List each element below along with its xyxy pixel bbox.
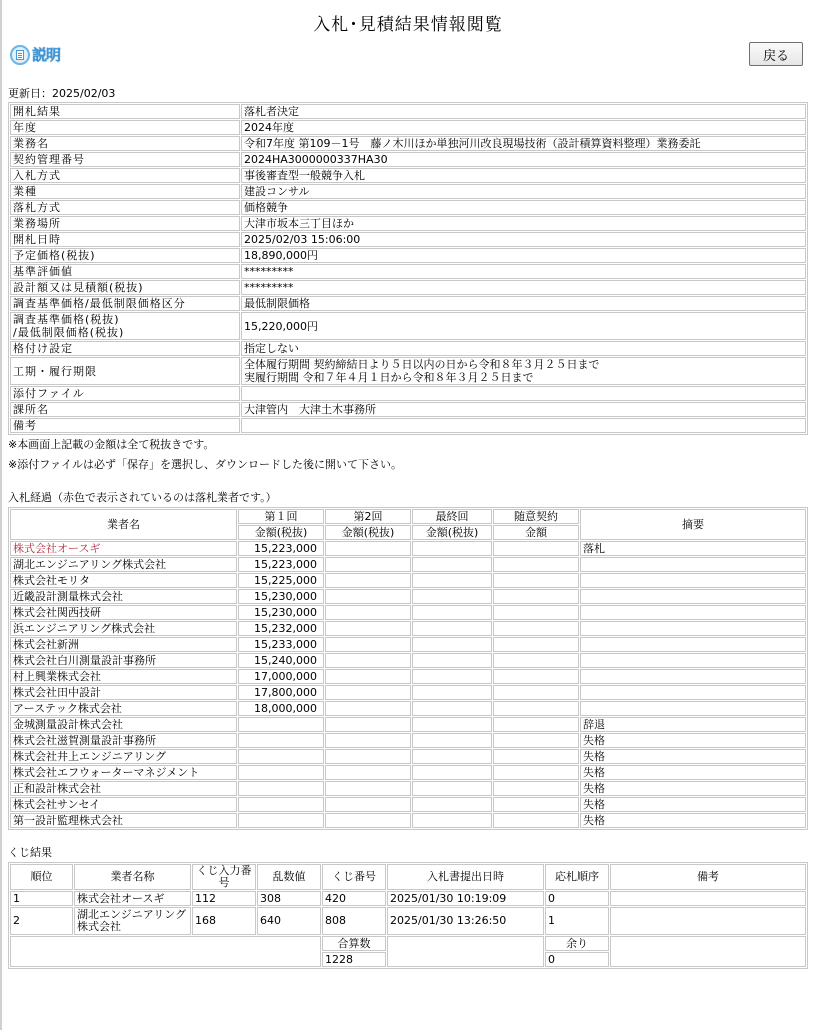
- bid-final: [412, 621, 492, 636]
- bid-final: [412, 701, 492, 716]
- bid-final: [412, 765, 492, 780]
- bid-round2: [325, 573, 411, 588]
- bid-final: [412, 781, 492, 796]
- bid-negotiated: [493, 765, 579, 780]
- bid-negotiated: [493, 573, 579, 588]
- lottery-row: 1株式会社オースギ1123084202025/01/30 10:19:090: [10, 891, 806, 906]
- bid-row: 株式会社エフウォーターマネジメント失格: [10, 765, 806, 780]
- bid-remarks: [580, 685, 806, 700]
- bid-row: 湖北エンジニアリング株式会社15,223,000: [10, 557, 806, 572]
- bid-round1: 15,232,000: [238, 621, 324, 636]
- info-row: 課所名大津管内 大津土木事務所: [10, 402, 806, 417]
- info-row: 業務名令和7年度 第109－1号 藤ノ木川ほか単独河川改良現場技術（設計積算資料…: [10, 136, 806, 151]
- lottery-company: 湖北エンジニアリング株式会社: [74, 907, 191, 935]
- bid-round2: [325, 733, 411, 748]
- bid-round2: [325, 621, 411, 636]
- info-value: 2024年度: [241, 120, 806, 135]
- header-round2-amount: 金額(税抜): [325, 525, 411, 540]
- header-input-no: くじ入力番号: [192, 864, 256, 890]
- bid-row: 浜エンジニアリング株式会社15,232,000: [10, 621, 806, 636]
- bid-round2: [325, 701, 411, 716]
- page: 入札･見積結果情報閲覧 説明 戻る 更新日：2025/02/03 開札結果落札者…: [8, 0, 808, 969]
- info-row: 調査基準価格(税抜) /最低制限価格(税抜)15,220,000円: [10, 312, 806, 340]
- info-row: 工期・履行期限全体履行期間 契約締結日より５日以内の日から令和８年３月２５日まで…: [10, 357, 806, 385]
- bid-remarks: 失格: [580, 813, 806, 828]
- lottery-random: 640: [257, 907, 321, 935]
- remainder-value: 0: [545, 952, 609, 967]
- header-round1-amount: 金額(税抜): [238, 525, 324, 540]
- bid-remarks: 辞退: [580, 717, 806, 732]
- page-title: 入札･見積結果情報閲覧: [8, 0, 808, 36]
- info-value: 2024HA3000000337HA30: [241, 152, 806, 167]
- bid-round1: 15,225,000: [238, 573, 324, 588]
- bid-company: 株式会社モリタ: [10, 573, 237, 588]
- lottery-random: 308: [257, 891, 321, 906]
- bid-round2: [325, 717, 411, 732]
- bid-row: 村上興業株式会社17,000,000: [10, 669, 806, 684]
- info-value: 2025/02/03 15:06:00: [241, 232, 806, 247]
- bid-round2: [325, 557, 411, 572]
- bid-company: 正和設計株式会社: [10, 781, 237, 796]
- bid-remarks: [580, 637, 806, 652]
- header-company-name: 業者名称: [74, 864, 191, 890]
- bid-round1: [238, 813, 324, 828]
- bid-remarks: 失格: [580, 797, 806, 812]
- bid-row: 株式会社新洲15,233,000: [10, 637, 806, 652]
- lottery-order: 0: [545, 891, 609, 906]
- bid-negotiated: [493, 749, 579, 764]
- bid-row: 株式会社モリタ15,225,000: [10, 573, 806, 588]
- bid-remarks: [580, 557, 806, 572]
- info-row: 調査基準価格/最低制限価格区分最低制限価格: [10, 296, 806, 311]
- total-label: 合算数: [322, 936, 386, 951]
- info-value: [241, 386, 806, 401]
- bid-negotiated: [493, 605, 579, 620]
- info-label: 落札方式: [10, 200, 240, 215]
- bid-negotiated: [493, 797, 579, 812]
- lottery-input-no: 168: [192, 907, 256, 935]
- bid-negotiated: [493, 717, 579, 732]
- header-order: 応札順序: [545, 864, 609, 890]
- bid-company: 金城測量設計株式会社: [10, 717, 237, 732]
- bid-company: 株式会社滋賀測量設計事務所: [10, 733, 237, 748]
- bid-round2: [325, 605, 411, 620]
- bid-round2: [325, 669, 411, 684]
- bid-row: 株式会社関西技研15,230,000: [10, 605, 806, 620]
- info-label: 調査基準価格(税抜) /最低制限価格(税抜): [10, 312, 240, 340]
- info-label: 添付ファイル: [10, 386, 240, 401]
- bid-round1: 15,223,000: [238, 557, 324, 572]
- bids-table: 業者名 第１回 第2回 最終回 随意契約 摘要 金額(税抜) 金額(税抜) 金額…: [8, 507, 808, 830]
- info-value: 指定しない: [241, 341, 806, 356]
- info-value: 15,220,000円: [241, 312, 806, 340]
- toolbar: 説明 戻る: [8, 36, 808, 80]
- bid-remarks: [580, 589, 806, 604]
- info-row: 予定価格(税抜)18,890,000円: [10, 248, 806, 263]
- left-border: [0, 0, 2, 1030]
- info-row: 設計額又は見積額(税抜)*********: [10, 280, 806, 295]
- header-lot-remarks: 備考: [610, 864, 806, 890]
- bid-round1: 15,233,000: [238, 637, 324, 652]
- bid-company: 浜エンジニアリング株式会社: [10, 621, 237, 636]
- info-label: 入札方式: [10, 168, 240, 183]
- bid-round1: [238, 797, 324, 812]
- bid-row: アーステック株式会社18,000,000: [10, 701, 806, 716]
- info-label: 課所名: [10, 402, 240, 417]
- bid-round1: [238, 733, 324, 748]
- bid-row: 第一設計監理株式会社失格: [10, 813, 806, 828]
- bid-round2: [325, 589, 411, 604]
- info-row: 備考: [10, 418, 806, 433]
- bid-round1: 18,000,000: [238, 701, 324, 716]
- bid-company: 株式会社井上エンジニアリング: [10, 749, 237, 764]
- help-label: 説明: [32, 44, 60, 65]
- lottery-row: 2湖北エンジニアリング株式会社1686408082025/01/30 13:26…: [10, 907, 806, 935]
- back-button[interactable]: 戻る: [749, 42, 803, 66]
- info-value: 落札者決定: [241, 104, 806, 119]
- bid-negotiated: [493, 733, 579, 748]
- bid-row: 株式会社井上エンジニアリング失格: [10, 749, 806, 764]
- bid-remarks: 失格: [580, 749, 806, 764]
- bid-negotiated: [493, 813, 579, 828]
- bid-final: [412, 685, 492, 700]
- info-label: 年度: [10, 120, 240, 135]
- info-label: 契約管理番号: [10, 152, 240, 167]
- bid-company: 株式会社田中設計: [10, 685, 237, 700]
- bid-remarks: [580, 621, 806, 636]
- bid-remarks: 失格: [580, 765, 806, 780]
- header-final: 最終回: [412, 509, 492, 524]
- info-label: 業務場所: [10, 216, 240, 231]
- bid-round1: 17,000,000: [238, 669, 324, 684]
- header-negotiated-amount: 金額: [493, 525, 579, 540]
- bid-company: アーステック株式会社: [10, 701, 237, 716]
- info-row: 格付け設定指定しない: [10, 341, 806, 356]
- bid-final: [412, 797, 492, 812]
- summary-spacer-3: [610, 936, 806, 967]
- help-link[interactable]: 説明: [10, 44, 60, 65]
- info-value: 令和7年度 第109－1号 藤ノ木川ほか単独河川改良現場技術（設計積算資料整理）…: [241, 136, 806, 151]
- info-row: 契約管理番号2024HA3000000337HA30: [10, 152, 806, 167]
- bid-round1: [238, 749, 324, 764]
- bids-title: 入札経過（赤色で表示されているのは落札業者です。）: [8, 489, 808, 507]
- bid-company: 村上興業株式会社: [10, 669, 237, 684]
- bid-row: 正和設計株式会社失格: [10, 781, 806, 796]
- info-label: 業種: [10, 184, 240, 199]
- bid-round2: [325, 813, 411, 828]
- header-lot-no: くじ番号: [322, 864, 386, 890]
- bid-company: 株式会社サンセイ: [10, 797, 237, 812]
- info-row: 添付ファイル: [10, 386, 806, 401]
- bid-negotiated: [493, 701, 579, 716]
- bid-remarks: 落札: [580, 541, 806, 556]
- bid-negotiated: [493, 781, 579, 796]
- info-label: 基準評価値: [10, 264, 240, 279]
- info-value: 価格競争: [241, 200, 806, 215]
- lottery-table: 順位 業者名称 くじ入力番号 乱数値 くじ番号 入札書提出日時 応札順序 備考 …: [8, 862, 808, 969]
- info-label: 工期・履行期限: [10, 357, 240, 385]
- bid-remarks: [580, 605, 806, 620]
- info-value: *********: [241, 264, 806, 279]
- note-attachment: ※添付ファイルは必ず「保存」を選択し、ダウンロードした後に開いて下さい。: [8, 455, 808, 475]
- info-value: *********: [241, 280, 806, 295]
- header-final-amount: 金額(税抜): [412, 525, 492, 540]
- bid-round2: [325, 685, 411, 700]
- updated-date: 更新日：2025/02/03: [8, 86, 808, 102]
- info-label: 備考: [10, 418, 240, 433]
- summary-spacer: [10, 936, 321, 967]
- bid-final: [412, 813, 492, 828]
- info-row: 入札方式事後審査型一般競争入札: [10, 168, 806, 183]
- bid-negotiated: [493, 653, 579, 668]
- remainder-label: 余り: [545, 936, 609, 951]
- bid-round1: [238, 781, 324, 796]
- bid-row: 金城測量設計株式会社辞退: [10, 717, 806, 732]
- info-label: 開札結果: [10, 104, 240, 119]
- bid-round2: [325, 765, 411, 780]
- lottery-submitted: 2025/01/30 13:26:50: [387, 907, 544, 935]
- lottery-lot-no: 808: [322, 907, 386, 935]
- bid-row: 近畿設計測量株式会社15,230,000: [10, 589, 806, 604]
- header-round1: 第１回: [238, 509, 324, 524]
- bid-round2: [325, 637, 411, 652]
- bid-final: [412, 669, 492, 684]
- header-negotiated: 随意契約: [493, 509, 579, 524]
- lottery-remarks: [610, 907, 806, 935]
- info-value: 全体履行期間 契約締結日より５日以内の日から令和８年３月２５日まで 実履行期間 …: [241, 357, 806, 385]
- bid-negotiated: [493, 541, 579, 556]
- bid-round2: [325, 797, 411, 812]
- bid-negotiated: [493, 637, 579, 652]
- info-value: 建設コンサル: [241, 184, 806, 199]
- bid-remarks: [580, 573, 806, 588]
- bid-final: [412, 573, 492, 588]
- bid-round2: [325, 749, 411, 764]
- bid-company: 株式会社白川測量設計事務所: [10, 653, 237, 668]
- bid-company: 株式会社関西技研: [10, 605, 237, 620]
- info-value: [241, 418, 806, 433]
- info-label: 調査基準価格/最低制限価格区分: [10, 296, 240, 311]
- bid-final: [412, 589, 492, 604]
- bid-row: 株式会社白川測量設計事務所15,240,000: [10, 653, 806, 668]
- info-value: 事後審査型一般競争入札: [241, 168, 806, 183]
- bid-remarks: 失格: [580, 733, 806, 748]
- bid-remarks: [580, 669, 806, 684]
- bid-final: [412, 717, 492, 732]
- header-submitted: 入札書提出日時: [387, 864, 544, 890]
- lottery-submitted: 2025/01/30 10:19:09: [387, 891, 544, 906]
- bid-negotiated: [493, 621, 579, 636]
- bid-company: 湖北エンジニアリング株式会社: [10, 557, 237, 572]
- bid-row: 株式会社滋賀測量設計事務所失格: [10, 733, 806, 748]
- bid-final: [412, 605, 492, 620]
- lottery-remarks: [610, 891, 806, 906]
- bid-row: 株式会社オースギ15,223,000落札: [10, 541, 806, 556]
- header-rank: 順位: [10, 864, 73, 890]
- bid-company: 株式会社エフウォーターマネジメント: [10, 765, 237, 780]
- summary-spacer-2: [387, 936, 544, 967]
- bid-row: 株式会社田中設計17,800,000: [10, 685, 806, 700]
- bid-round1: [238, 717, 324, 732]
- bid-remarks: 失格: [580, 781, 806, 796]
- bid-company: 株式会社新洲: [10, 637, 237, 652]
- bid-negotiated: [493, 669, 579, 684]
- info-label: 開札日時: [10, 232, 240, 247]
- info-row: 業種建設コンサル: [10, 184, 806, 199]
- header-remarks: 摘要: [580, 509, 806, 540]
- info-row: 開札日時2025/02/03 15:06:00: [10, 232, 806, 247]
- note-tax: ※本画面上記載の金額は全て税抜きです。: [8, 435, 808, 455]
- info-row: 開札結果落札者決定: [10, 104, 806, 119]
- lottery-rank: 1: [10, 891, 73, 906]
- bid-final: [412, 749, 492, 764]
- bid-company: 第一設計監理株式会社: [10, 813, 237, 828]
- info-label: 設計額又は見積額(税抜): [10, 280, 240, 295]
- bid-round1: 15,223,000: [238, 541, 324, 556]
- bid-final: [412, 733, 492, 748]
- info-label: 格付け設定: [10, 341, 240, 356]
- info-value: 大津市坂本三丁目ほか: [241, 216, 806, 231]
- info-value: 最低制限価格: [241, 296, 806, 311]
- bid-remarks: [580, 701, 806, 716]
- bid-round1: 15,230,000: [238, 605, 324, 620]
- lottery-order: 1: [545, 907, 609, 935]
- bid-company: 近畿設計測量株式会社: [10, 589, 237, 604]
- header-round2: 第2回: [325, 509, 411, 524]
- bid-negotiated: [493, 589, 579, 604]
- bid-round1: 15,230,000: [238, 589, 324, 604]
- bid-round1: 15,240,000: [238, 653, 324, 668]
- bid-remarks: [580, 653, 806, 668]
- info-table: 開札結果落札者決定年度2024年度業務名令和7年度 第109－1号 藤ノ木川ほか…: [8, 102, 808, 435]
- info-row: 基準評価値*********: [10, 264, 806, 279]
- bid-round1: 17,800,000: [238, 685, 324, 700]
- bid-company: 株式会社オースギ: [10, 541, 237, 556]
- bid-final: [412, 653, 492, 668]
- bid-round2: [325, 653, 411, 668]
- header-random: 乱数値: [257, 864, 321, 890]
- info-row: 落札方式価格競争: [10, 200, 806, 215]
- bid-round1: [238, 765, 324, 780]
- total-value: 1228: [322, 952, 386, 967]
- lottery-company: 株式会社オースギ: [74, 891, 191, 906]
- bid-negotiated: [493, 685, 579, 700]
- header-company: 業者名: [10, 509, 237, 540]
- bid-final: [412, 541, 492, 556]
- lottery-title: くじ結果: [8, 844, 808, 862]
- lottery-lot-no: 420: [322, 891, 386, 906]
- lottery-rank: 2: [10, 907, 73, 935]
- info-row: 年度2024年度: [10, 120, 806, 135]
- bid-round2: [325, 541, 411, 556]
- info-row: 業務場所大津市坂本三丁目ほか: [10, 216, 806, 231]
- bid-final: [412, 557, 492, 572]
- bid-final: [412, 637, 492, 652]
- bid-round2: [325, 781, 411, 796]
- info-label: 予定価格(税抜): [10, 248, 240, 263]
- info-value: 大津管内 大津土木事務所: [241, 402, 806, 417]
- document-icon: [10, 45, 30, 65]
- lottery-input-no: 112: [192, 891, 256, 906]
- info-value: 18,890,000円: [241, 248, 806, 263]
- bid-negotiated: [493, 557, 579, 572]
- bid-row: 株式会社サンセイ失格: [10, 797, 806, 812]
- info-label: 業務名: [10, 136, 240, 151]
